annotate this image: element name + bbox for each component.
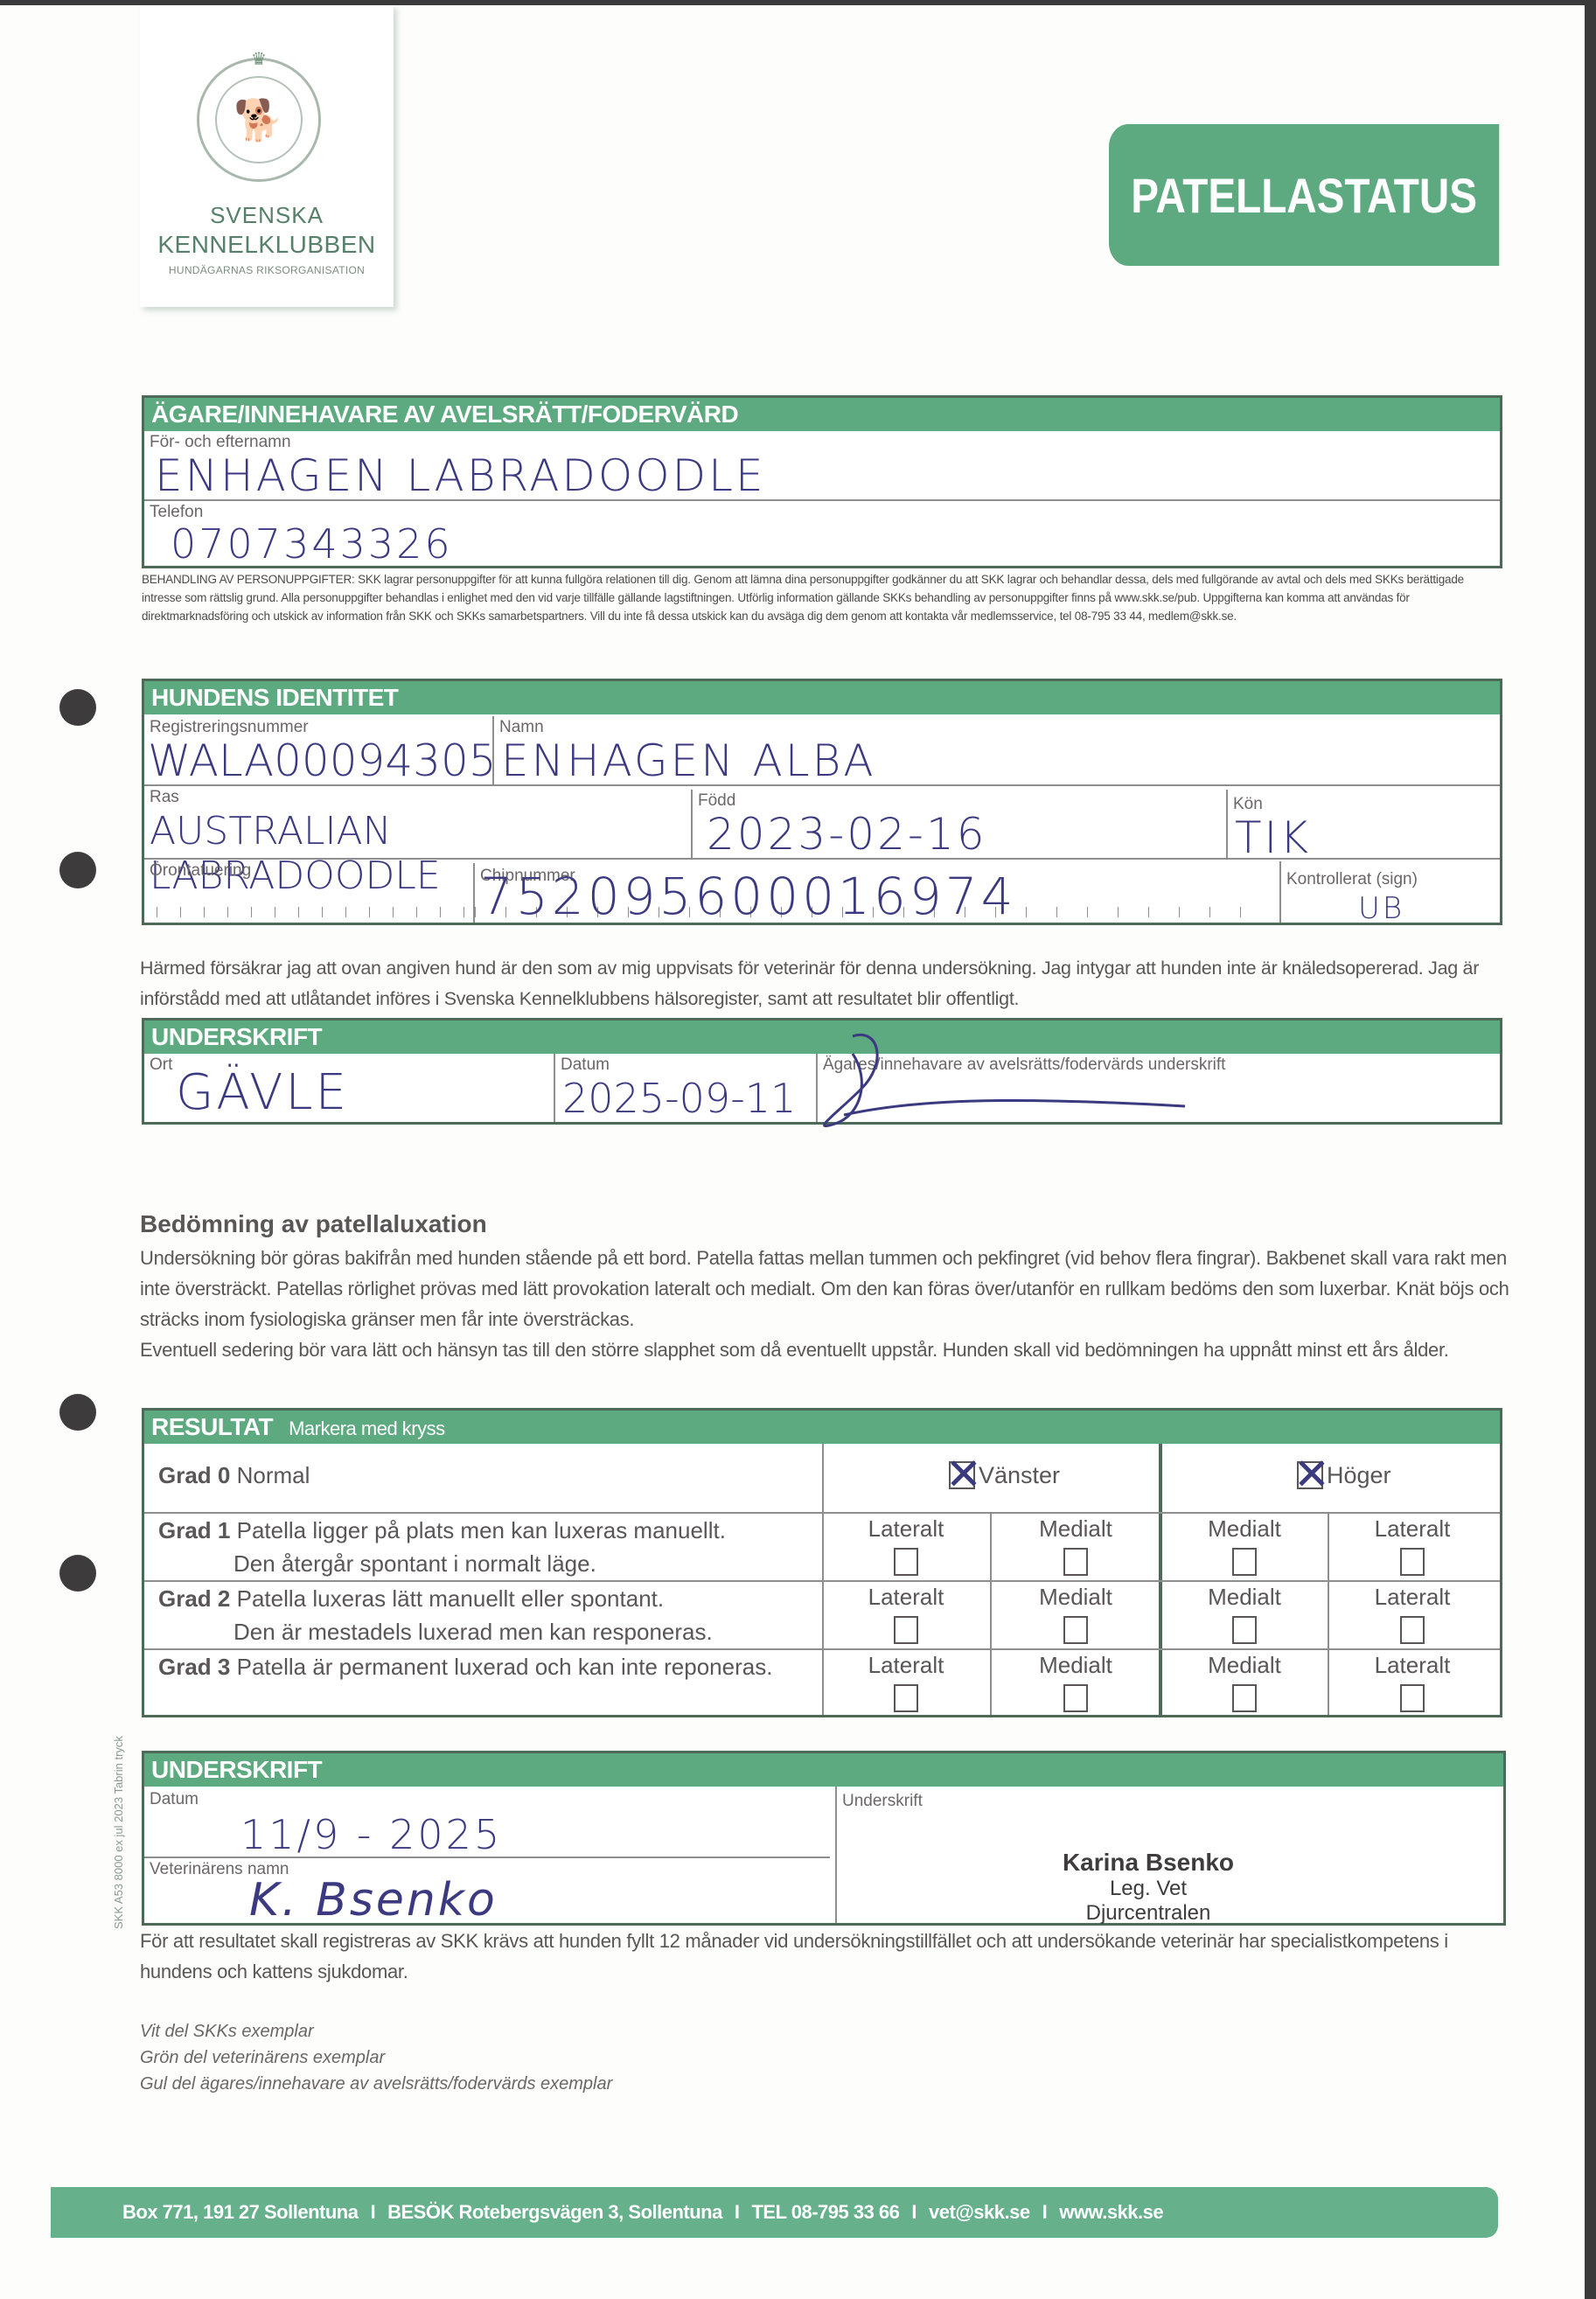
dog-head-seal-icon: ♛ 🐕	[197, 58, 321, 182]
grade2-left-lateral[interactable]: Lateralt	[823, 1584, 989, 1644]
grade-3-row: Grad 3 Patella är permanent luxerad och …	[144, 1648, 1500, 1718]
sex-value: TIK	[1235, 812, 1311, 863]
grade-2-row: Grad 2 Patella luxeras lätt manuellt ell…	[144, 1580, 1500, 1650]
vet-date-value: 11/9 - 2025	[240, 1811, 502, 1858]
grade-3-label: Grad 3 Patella är permanent luxerad och …	[158, 1650, 772, 1683]
cross-mark-icon: ✕	[1293, 1454, 1332, 1494]
checkbox[interactable]: ✕	[949, 1461, 975, 1489]
owner-name-value: ENHAGEN LABRADOODLE	[155, 450, 766, 501]
right-side-label: Höger	[1327, 1462, 1391, 1489]
stamp-title: Leg. Vet	[1043, 1877, 1253, 1901]
grade1-right-lateral[interactable]: Lateralt	[1329, 1515, 1495, 1576]
section-title: ÄGARE/INNEHAVARE AV AVELSRÄTT/FODERVÄRD	[144, 398, 1500, 431]
field-label: Namn	[499, 718, 544, 737]
field-label: Örontatuering	[150, 861, 251, 881]
vet-stamp: Karina Bsenko Leg. Vet Djurcentralen	[1043, 1849, 1253, 1926]
dog-name-value: ENHAGEN ALBA	[501, 735, 876, 786]
owner-section: ÄGARE/INNEHAVARE AV AVELSRÄTT/FODERVÄRD …	[142, 395, 1502, 568]
copy-green: Grön del veterinärens exemplar	[140, 2045, 612, 2071]
punch-hole	[59, 852, 96, 888]
vet-name-field[interactable]: Veterinärens namn K. Bsenko	[144, 1858, 835, 1925]
grade2-left-medial[interactable]: Medialt	[993, 1584, 1159, 1644]
field-label: Ras	[150, 788, 179, 807]
grade2-right-lateral[interactable]: Lateralt	[1329, 1584, 1495, 1644]
brand-name-line2: KENNELKLUBBEN	[140, 231, 394, 259]
crown-icon: ♛	[251, 48, 267, 70]
checkbox[interactable]: ✕	[1297, 1461, 1323, 1489]
stamp-clinic: Djurcentralen	[1043, 1901, 1253, 1926]
assessment-heading: Bedömning av patellaluxation	[140, 1210, 487, 1238]
grade-2-label: Grad 2 Patella luxeras lätt manuellt ell…	[158, 1582, 713, 1648]
birth-date-field[interactable]: Född 2023-02-16	[693, 790, 1226, 858]
form-title: PATELLASTATUS	[1109, 124, 1499, 266]
assessment-paragraph-2: Eventuell sedering bör vara lätt och hän…	[140, 1334, 1513, 1365]
stamp-name: Karina Bsenko	[1043, 1849, 1253, 1877]
place-field[interactable]: Ort GÄVLE	[144, 1054, 554, 1122]
punch-hole	[59, 1394, 96, 1431]
field-label: För- och efternamn	[150, 433, 291, 452]
footer-visit: BESÖK Rotebergsvägen 3, Sollentuna	[387, 2201, 722, 2223]
organization-logo: ♛ 🐕 SVENSKA KENNELKLUBBEN HUNDÄGARNAS RI…	[140, 5, 394, 307]
owner-date-value: 2025-09-11	[562, 1075, 796, 1122]
chip-number-value: 752095600016974	[480, 867, 1017, 926]
birth-date-value: 2023-02-16	[707, 809, 987, 860]
field-label: Ort	[150, 1055, 172, 1075]
assessment-paragraph-1: Undersökning bör göras bakifrån med hund…	[140, 1243, 1513, 1334]
field-label: Datum	[561, 1055, 610, 1075]
print-info: SKK A53 8000 ex jul 2023 Tabrin tryck	[112, 1736, 125, 1929]
ear-tattoo-field[interactable]: Örontatuering	[144, 860, 473, 923]
form-page: ♛ 🐕 SVENSKA KENNELKLUBBEN HUNDÄGARNAS RI…	[0, 5, 1585, 2299]
owner-phone-value: 0707343326	[171, 520, 453, 568]
grade1-right-medial[interactable]: Medialt	[1161, 1515, 1328, 1576]
section-title: HUNDENS IDENTITET	[144, 681, 1500, 714]
owner-name-field[interactable]: För- och efternamn ENHAGEN LABRADOODLE	[144, 431, 1500, 499]
brand-name-line1: SVENSKA	[140, 202, 394, 229]
grade-0-label: Grad 0 Normal	[158, 1459, 310, 1492]
breed-field[interactable]: Ras AUSTRALIAN LABRADOODLE	[144, 786, 691, 853]
right-grade0-checkbox[interactable]: ✕ Höger	[1297, 1461, 1391, 1489]
punch-hole	[59, 689, 96, 726]
field-label: Kön	[1233, 795, 1263, 814]
footer-website-link[interactable]: www.skk.se	[1059, 2201, 1163, 2223]
field-label: Registreringsnummer	[150, 718, 309, 737]
dog-name-field[interactable]: Namn ENHAGEN ALBA	[494, 716, 1500, 783]
field-label: Född	[698, 791, 735, 811]
grade3-left-lateral[interactable]: Lateralt	[823, 1652, 989, 1712]
vet-signature-section: UNDERSKRIFT Datum 11/9 - 2025 Veterinäre…	[142, 1751, 1506, 1926]
grade3-right-lateral[interactable]: Lateralt	[1329, 1652, 1495, 1712]
footer-phone: TEL 08-795 33 66	[751, 2201, 899, 2223]
checked-sign-value: UB	[1358, 891, 1404, 926]
grade3-left-medial[interactable]: Medialt	[993, 1652, 1159, 1712]
brand-tagline: HUNDÄGARNAS RIKSORGANISATION	[140, 264, 394, 276]
registration-note: För att resultatet skall registreras av …	[140, 1926, 1504, 1987]
registration-number-field[interactable]: Registreringsnummer WALA00094305	[144, 716, 492, 783]
field-label: Telefon	[150, 503, 203, 522]
grade2-right-medial[interactable]: Medialt	[1161, 1584, 1328, 1644]
field-label: Kontrollerat (sign)	[1286, 870, 1418, 889]
footer-email-link[interactable]: vet@skk.se	[929, 2201, 1030, 2223]
results-title: RESULTAT	[151, 1413, 273, 1440]
owner-signature-scribble	[818, 1028, 1237, 1141]
footer-address: Box 771, 191 27 Sollentuna	[122, 2201, 358, 2223]
punch-hole	[59, 1555, 96, 1592]
grade1-left-medial[interactable]: Medialt	[993, 1515, 1159, 1576]
owner-signature-field[interactable]: Ägares/innehavare av avelsrätts/fodervär…	[818, 1054, 1500, 1122]
results-subtitle: Markera med kryss	[289, 1418, 445, 1439]
registration-number-value: WALA00094305	[148, 735, 497, 786]
owner-phone-field[interactable]: Telefon 0707343326	[144, 501, 1500, 566]
section-title: UNDERSKRIFT	[144, 1753, 1503, 1787]
owner-date-field[interactable]: Datum 2025-09-11	[555, 1054, 816, 1122]
place-value: GÄVLE	[176, 1064, 349, 1121]
results-section: RESULTATMarkera med kryss Grad 0 Normal …	[142, 1408, 1502, 1717]
sex-field[interactable]: Kön TIK	[1228, 793, 1499, 860]
vet-name-value: K. Bsenko	[249, 1874, 498, 1926]
owner-declaration: Härmed försäkrar jag att ovan angiven hu…	[140, 953, 1513, 1014]
grade-1-row: Grad 1 Patella ligger på plats men kan l…	[144, 1512, 1500, 1582]
copy-distribution: Vit del SKKs exemplar Grön del veterinär…	[140, 2018, 612, 2097]
chip-number-field[interactable]: Chipnummer 752095600016974	[475, 861, 1262, 923]
copy-yellow: Gul del ägares/innehavare av avelsrätts/…	[140, 2071, 612, 2097]
grade1-left-lateral[interactable]: Lateralt	[823, 1515, 989, 1576]
privacy-notice: BEHANDLING AV PERSONUPPGIFTER: SKK lagra…	[142, 570, 1506, 625]
cross-mark-icon: ✕	[945, 1454, 984, 1494]
section-title: RESULTATMarkera med kryss	[144, 1411, 1500, 1444]
copy-white: Vit del SKKs exemplar	[140, 2018, 612, 2045]
dog-identity-section: HUNDENS IDENTITET Registreringsnummer WA…	[142, 679, 1502, 925]
left-side-label: Vänster	[979, 1462, 1060, 1489]
vet-date-field[interactable]: Datum 11/9 - 2025	[144, 1788, 835, 1857]
grade3-right-medial[interactable]: Medialt	[1161, 1652, 1328, 1712]
owner-signature-section: UNDERSKRIFT Ort GÄVLE Datum 2025-09-11 Ä…	[142, 1018, 1502, 1125]
field-label: Underskrift	[842, 1792, 923, 1811]
field-label: Datum	[150, 1790, 199, 1809]
footer-contact-bar: Box 771, 191 27 SollentunaIBESÖK Roteber…	[51, 2187, 1498, 2238]
grade-1-label: Grad 1 Patella ligger på plats men kan l…	[158, 1514, 726, 1580]
left-grade0-checkbox[interactable]: ✕ Vänster	[949, 1461, 1060, 1489]
checked-sign-field[interactable]: Kontrollerat (sign) UB	[1281, 861, 1500, 923]
